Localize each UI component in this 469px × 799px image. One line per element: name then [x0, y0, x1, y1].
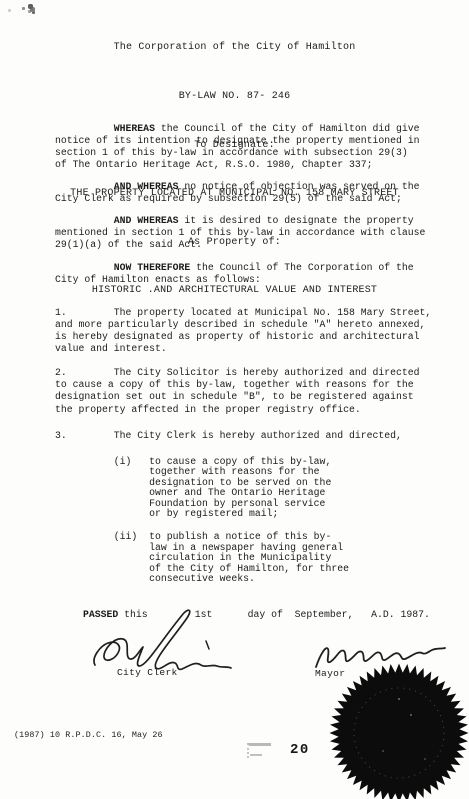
- recital-lead: NOW THEREFORE: [55, 262, 190, 273]
- clause-3: 3. The City Clerk is hereby authorized a…: [55, 430, 402, 442]
- scanned-bylaw-document: The Corporation of the City of Hamilton …: [0, 0, 469, 799]
- footer-reference: (1987) 10 R.P.D.C. 16, May 26: [14, 730, 163, 740]
- recital-whereas-3: AND WHEREAS it is desired to designate t…: [55, 215, 425, 252]
- corporation-title: The Corporation of the City of Hamilton: [0, 40, 469, 56]
- bylaw-number: BY-LAW NO. 87- 246: [0, 89, 469, 105]
- clause-1: 1. The property located at Municipal No.…: [55, 307, 431, 356]
- clause-2: 2. The City Solicitor is hereby authoriz…: [55, 367, 420, 416]
- recital-lead: WHEREAS: [55, 123, 155, 134]
- notary-seal: [329, 663, 469, 799]
- city-clerk-label: City Clerk: [117, 667, 178, 678]
- recital-whereas-2: AND WHEREAS no notice of objection was s…: [55, 181, 420, 205]
- page-number: 20: [290, 742, 310, 758]
- recital-now-therefore: NOW THEREFORE the Council of The Corpora…: [55, 262, 414, 286]
- faded-stamp-mark: [247, 743, 271, 758]
- subclause-ii: (ii) to publish a notice of this by- law…: [55, 532, 349, 585]
- subclause-i: (i) to cause a copy of this by-law, toge…: [55, 457, 331, 521]
- recital-lead: AND WHEREAS: [55, 215, 178, 226]
- recital-whereas-1: WHEREAS the Council of the City of Hamil…: [55, 123, 420, 172]
- recital-lead: AND WHEREAS: [55, 181, 178, 192]
